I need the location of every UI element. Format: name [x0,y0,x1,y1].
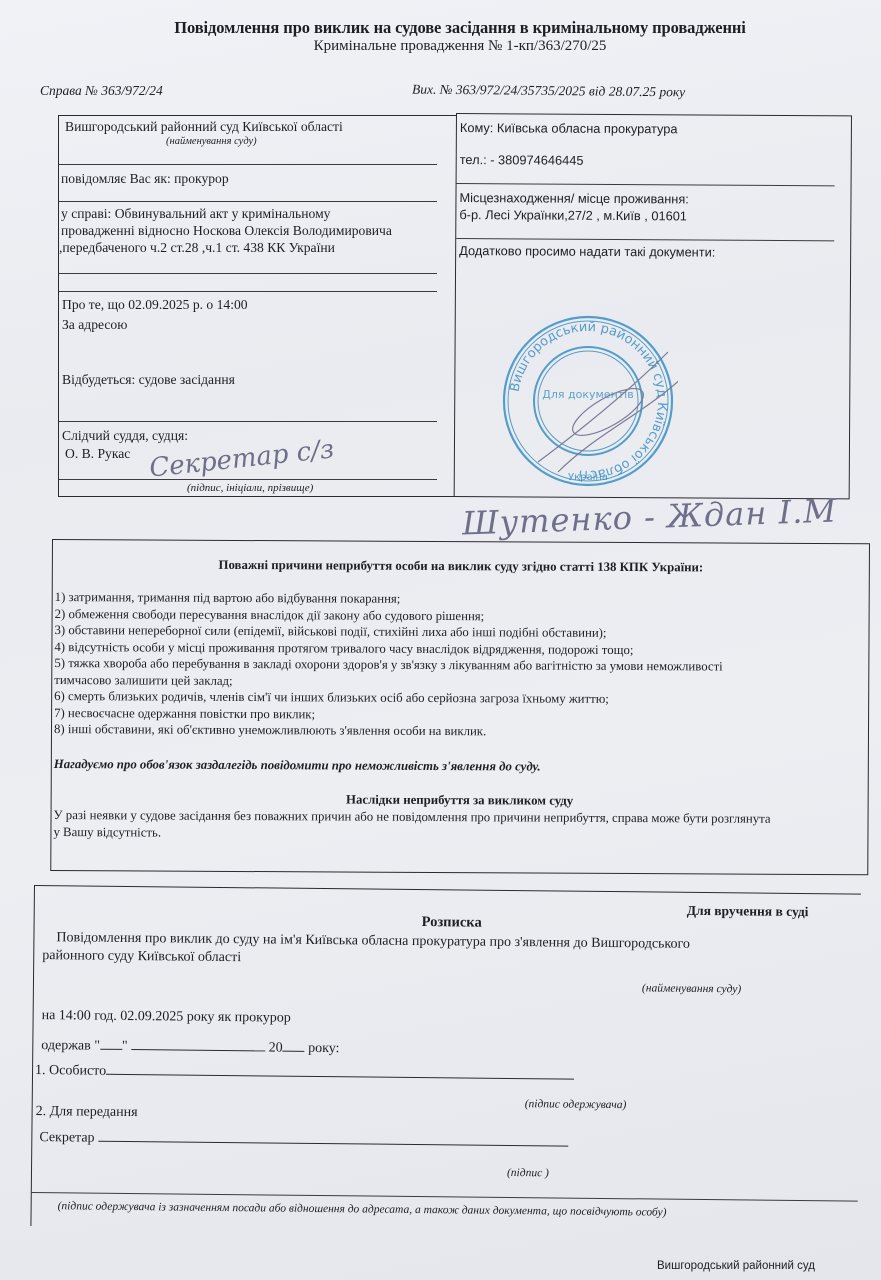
court-name: Вишгородський районний суд Київської обл… [65,119,343,135]
notifies-as: повідомляє Вас як: прокурор [61,171,229,187]
case-subject-line-2: провадженні відносно Носкова Олексія Вол… [61,223,392,239]
notice-left-panel: Вишгородський районний суд Київської обл… [58,115,457,497]
footer-court-stamp: Вишгородський районний суд [657,1260,815,1272]
case-subject-line-3: ,передбаченого ч.2 ст.28 ,ч.1 ст. 438 КК… [59,240,335,256]
judge-label: Слідчий суддя, судця: [62,428,188,444]
court-name-caption: (найменування суду) [166,136,257,147]
received-prefix: одержав " [41,1038,100,1054]
divider [59,291,437,292]
secretary-label: Секретар [39,1130,94,1146]
received-month-field[interactable] [131,1037,265,1051]
hearing-datetime: Про те, що 02.09.2025 р. о 14:00 [62,297,248,313]
received-suffix: року: [308,1041,339,1056]
documents-request: Додатково просимо надати такі документи: [459,243,715,261]
recipient-signature-caption: (підпис одержувача) [525,1098,627,1111]
received-year-prefix: 20 [269,1040,283,1055]
divider [59,421,437,422]
divider [32,1192,858,1202]
for-court-label: Для вручення в суді [687,903,809,920]
event-type: Відбудеться: судове засідання [62,372,235,388]
received-year-field[interactable] [283,1039,305,1052]
secretary-line: Секретар [39,1128,568,1152]
judge-name: О. В. Рукас [65,446,130,462]
consequences-text: у Вашу відсутність. [53,824,161,841]
document-title: Повідомлення про виклик на судове засіда… [0,18,881,38]
reason-item: 1) затримання, тримання під вартою або в… [55,589,401,607]
court-name-caption: (найменування суду) [642,982,741,995]
reason-item: тимчасово залишити цей заклад; [54,672,232,689]
proceeding-number: Кримінальне провадження № 1-кп/363/270/2… [0,38,881,55]
reason-item: 7) несвоєчасне одержання повістки про ви… [54,705,315,723]
personally-line: 1. Особисто [35,1061,574,1085]
reasons-section: Поважні причини неприбуття особи на викл… [50,539,870,875]
location-value: б-р. Лесі Українки,27/2 , м.Київ , 01601 [459,207,687,224]
received-day-field[interactable] [100,1037,122,1050]
stamp-seal-icon: Вишгородський районний суд Київської обл… [498,312,678,490]
reason-item: 8) інші обставини, які об'єктивно унемож… [54,721,486,740]
secretary-signature-field[interactable] [98,1129,568,1147]
handwritten-name: Шутенко - Ждан І.М [461,491,837,542]
receipt-title: Розписка [422,914,482,931]
divider [59,164,437,165]
received-date-line: одержав "" 20 року: [41,1036,339,1057]
svg-text:Україна: Україна [568,472,608,483]
received-quote: " [122,1039,128,1054]
reminder-text: Нагадуємо про обов'язок заздалегідь пові… [54,756,541,775]
at-address: За адресою [62,317,127,333]
reasons-heading: Поважні причини неприбуття особи на викл… [53,556,869,577]
outgoing-number: Вих. № 363/972/24/35735/2025 від 28.07.2… [412,82,685,101]
personal-signature-field[interactable] [106,1062,574,1080]
signature-caption: (підпис, ініціали, прізвище) [187,482,313,494]
divider [59,273,437,274]
receipt-section: Для вручення в суді Розписка Повідомленн… [30,885,861,1235]
divider [457,183,835,186]
recipient-phone: тел.: - 380974646445 [460,152,584,169]
court-stamp: Вишгородський районний суд Київської обл… [498,312,678,490]
case-number: Справа № 363/972/24 [40,83,163,99]
location-label: Місцезнаходження/ місце проживання: [459,190,688,207]
divider [59,201,437,202]
svg-text:Для документів: Для документів [542,388,633,401]
case-subject-line-1: у справі: Обвинувальний акт у кримінальн… [61,206,330,222]
personally-label: 1. Особисто [35,1063,106,1079]
bottom-caption: (підпис одержувача із зазначенням посади… [58,1200,667,1218]
receipt-body-line-2: районного суду Київської області [42,948,241,966]
divider [456,238,834,241]
divider [59,479,437,480]
signature-caption: (підпис ) [507,1167,549,1179]
for-transfer-label: 2. Для передання [36,1104,138,1121]
recipient: Кому: Київська обласна прокуратура [460,120,678,137]
hearing-time-line: на 14:00 год. 02.09.2025 року як прокуро… [42,1008,291,1027]
